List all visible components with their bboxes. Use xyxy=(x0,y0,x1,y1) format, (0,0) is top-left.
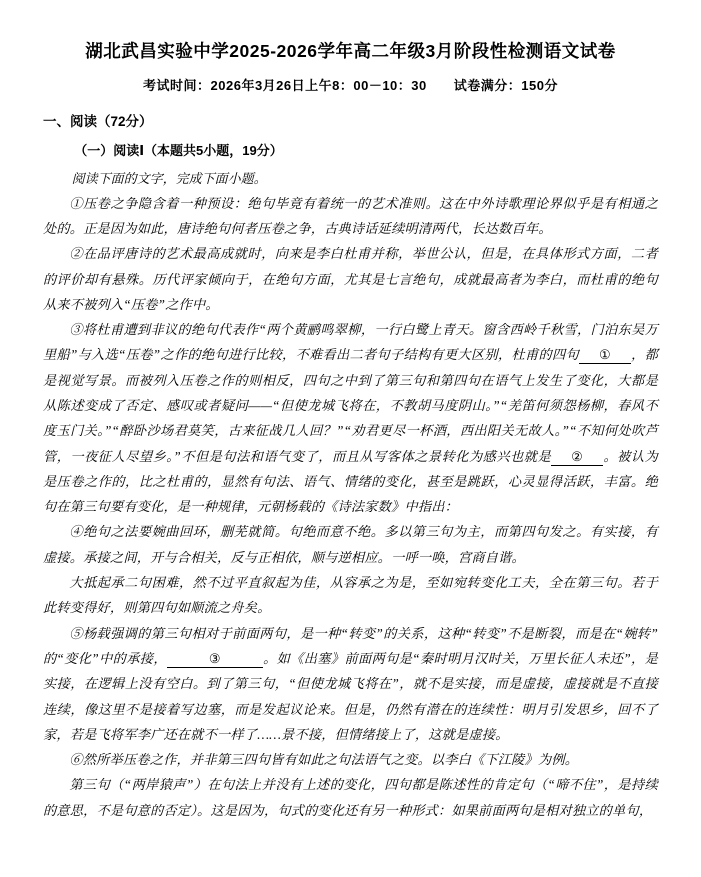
text-run: ②在品评唐诗的艺术最高成就时，向来是李白杜甫并称，举世公认，但是，在具体形式方面… xyxy=(43,246,658,312)
passage-paragraph-5: 大抵起承二句困难，然不过平直叙起为佳，从容承之为是，至如宛转变化工夫，全在第三句… xyxy=(43,570,658,621)
passage-instruction: 阅读下面的文字，完成下面小题。 xyxy=(43,168,658,187)
section-heading-reading: 一、阅读（72分） xyxy=(43,110,658,130)
passage-paragraph-7: ⑥然所举压卷之作，并非第三四句皆有如此之句法语气之变。以李白《下江陵》为例。 xyxy=(43,747,658,772)
text-run: 大抵起承二句困难，然不过平直叙起为佳，从容承之为是，至如宛转变化工夫，全在第三句… xyxy=(43,575,658,615)
text-run: ③将杜甫遭到非议的绝句代表作“两个黄鹂鸣翠柳，一行白鹭上青天。窗含西岭千秋雪，门… xyxy=(43,322,658,362)
page-title: 湖北武昌实验中学2025-2026学年高二年级3月阶段性检测语文试卷 xyxy=(43,40,658,64)
passage-paragraph-1: ①压卷之争隐含着一种预设：绝句毕竟有着统一的艺术准则。这在中外诗歌理论界似乎是有… xyxy=(43,191,658,242)
text-run: 第三句（“两岸猿声”）在句法上并没有上述的变化，四句都是陈述性的肯定句（“啼不住… xyxy=(43,777,658,817)
passage-paragraph-4: ④绝句之法要婉曲回环，删芜就简。句绝而意不绝。多以第三句为主，而第四句发之。有实… xyxy=(43,519,658,570)
passage: ①压卷之争隐含着一种预设：绝句毕竟有着统一的艺术准则。这在中外诗歌理论界似乎是有… xyxy=(43,191,658,823)
text-run: ④绝句之法要婉曲回环，删芜就简。句绝而意不绝。多以第三句为主，而第四句发之。有实… xyxy=(43,524,658,564)
text-run: ①压卷之争隐含着一种预设：绝句毕竟有着统一的艺术准则。这在中外诗歌理论界似乎是有… xyxy=(43,196,658,236)
passage-paragraph-8: 第三句（“两岸猿声”）在句法上并没有上述的变化，四句都是陈述性的肯定句（“啼不住… xyxy=(43,772,658,823)
passage-paragraph-3: ③将杜甫遭到非议的绝句代表作“两个黄鹂鸣翠柳，一行白鹭上青天。窗含西岭千秋雪，门… xyxy=(43,317,658,519)
fill-in-blank-③: ③ xyxy=(167,651,263,668)
passage-paragraph-6: ⑤杨载强调的第三句相对于前面两句，是一种“转变”的关系，这种“转变”不是断裂，而… xyxy=(43,621,658,747)
fill-in-blank-②: ② xyxy=(551,449,603,466)
text-run: ⑥然所举压卷之作，并非第三四句皆有如此之句法语气之变。以李白《下江陵》为例。 xyxy=(69,752,578,767)
exam-paper-page: 湖北武昌实验中学2025-2026学年高二年级3月阶段性检测语文试卷 考试时间：… xyxy=(0,0,701,877)
subsection-heading-reading-1: （一）阅读Ⅰ（本题共5小题，19分） xyxy=(43,140,658,159)
exam-info: 考试时间：2026年3月26日上午8：00－10：30 试卷满分：150分 xyxy=(43,75,658,94)
text-run: ，都是视觉写景。而被列入压卷之作的则相反，四句之中到了第三句和第四句在语气上发生… xyxy=(43,347,658,463)
fill-in-blank-①: ① xyxy=(579,347,631,364)
passage-paragraph-2: ②在品评唐诗的艺术最高成就时，向来是李白杜甫并称，举世公认，但是，在具体形式方面… xyxy=(43,241,658,317)
